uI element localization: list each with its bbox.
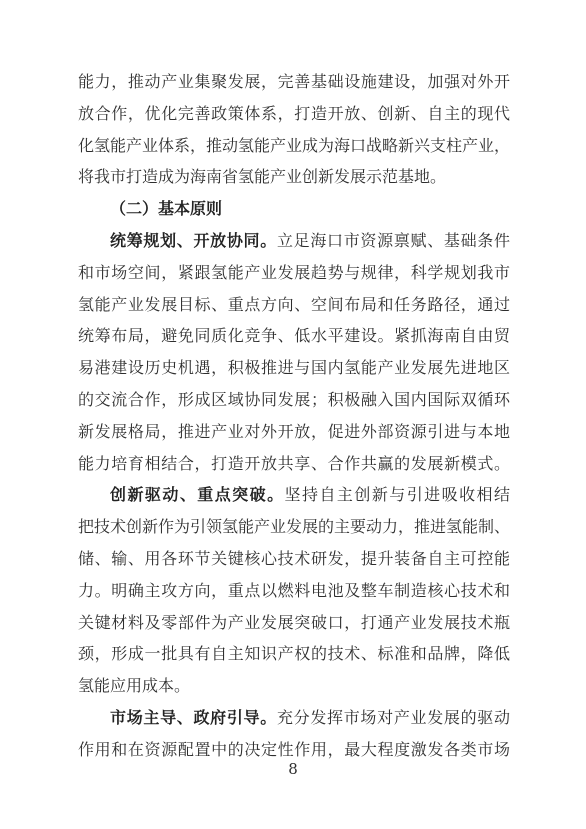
paragraph-line: 氢能产业发展目标、重点方向、空间布局和任务路径，通过	[78, 289, 510, 321]
paragraph-line: 颈，形成一批具有自主知识产权的技术、标准和品牌，降低	[78, 638, 510, 670]
paragraph-line: 新发展格局，推进产业对外开放，促进外部资源引进与本地	[78, 416, 510, 448]
paragraph-line: 易港建设历史机遇，积极推进与国内氢能产业发展先进地区	[78, 352, 510, 384]
paragraph-line: 储、输、用各环节关键核心技术研发，提升装备自主可控能	[78, 543, 510, 575]
paragraph-line: 创新驱动、重点突破。坚持自主创新与引进吸收相结合，	[78, 479, 510, 511]
paragraph-line: 把技术创新作为引领氢能产业发展的主要动力，推进氢能制、	[78, 511, 510, 543]
paragraph-line: 能力培育相结合，打造开放共享、合作共赢的发展新模式。	[78, 448, 510, 480]
paragraph-line: 关键材料及零部件为产业发展突破口，打通产业发展技术瓶	[78, 607, 510, 639]
text-body: 能力，推动产业集聚发展，完善基础设施建设，加强对外开放合作，优化完善政策体系，打…	[78, 66, 510, 766]
paragraph-line: 统筹布局，避免同质化竞争、低水平建设。紧抓海南自由贸	[78, 320, 510, 352]
paragraph-line: 氢能应用成本。	[78, 670, 510, 702]
paragraph-line: 的交流合作，形成区域协同发展；积极融入国内国际双循环	[78, 384, 510, 416]
paragraph-line: 放合作，优化完善政策体系，打造开放、创新、自主的现代	[78, 98, 510, 130]
paragraph-line: 化氢能产业体系，推动氢能产业成为海口战略新兴支柱产业，	[78, 130, 510, 162]
paragraph-line: 将我市打造成为海南省氢能产业创新发展示范基地。	[78, 161, 510, 193]
page-number: 8	[0, 758, 586, 780]
paragraph-line: 力。明确主攻方向，重点以燃料电池及整车制造核心技术和	[78, 575, 510, 607]
paragraph-line: 市场主导、政府引导。充分发挥市场对产业发展的驱动	[78, 702, 510, 734]
paragraph-line: 能力，推动产业集聚发展，完善基础设施建设，加强对外开	[78, 66, 510, 98]
document-page: 能力，推动产业集聚发展，完善基础设施建设，加强对外开放合作，优化完善政策体系，打…	[0, 0, 586, 829]
section-heading: （二）基本原则	[78, 193, 510, 225]
paragraph-line: 统筹规划、开放协同。立足海口市资源禀赋、基础条件	[78, 225, 510, 257]
paragraph-line: 和市场空间，紧跟氢能产业发展趋势与规律，科学规划我市	[78, 257, 510, 289]
bold-lead-in: 统筹规划、开放协同。	[110, 231, 277, 250]
bold-lead-in: 市场主导、政府引导。	[110, 708, 277, 727]
bold-lead-in: 创新驱动、重点突破。	[110, 485, 285, 504]
